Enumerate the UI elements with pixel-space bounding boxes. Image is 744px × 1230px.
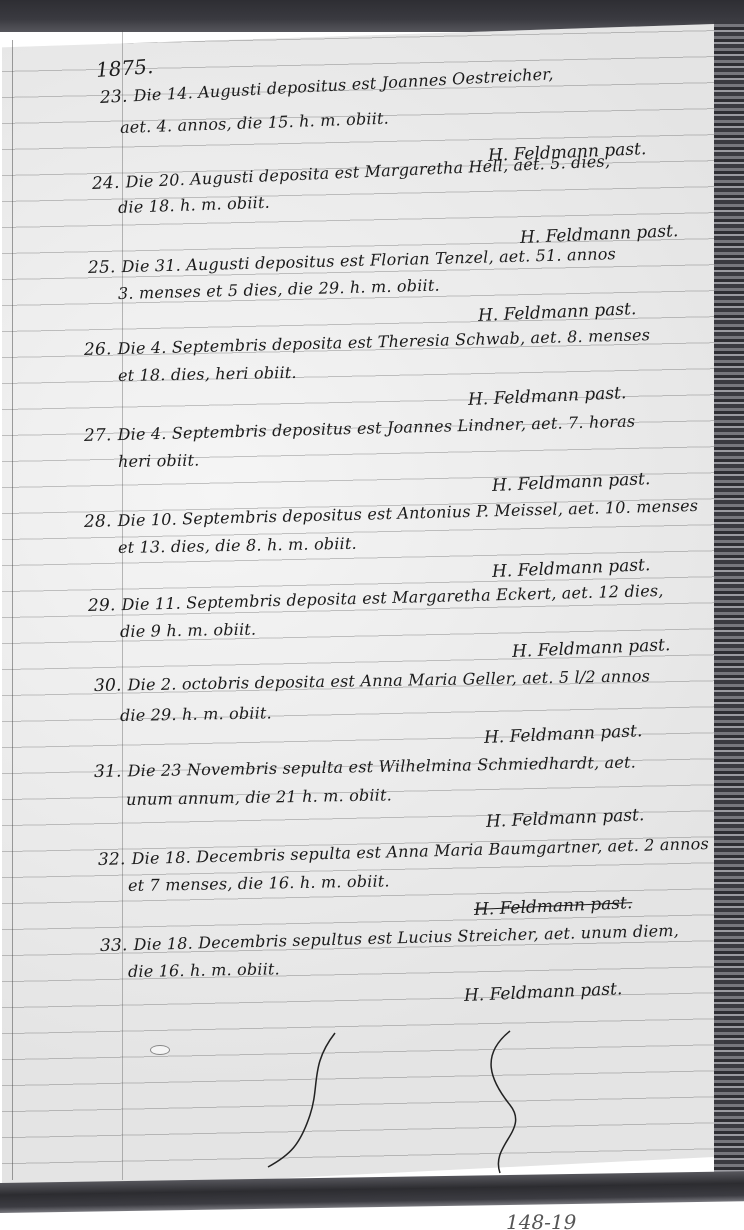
entry-number: 26. [84, 339, 112, 360]
entry-line-2: die 29. h. m. obiit. [120, 703, 272, 725]
closing-squiggle-right [470, 1025, 550, 1175]
entry-line-2: et 18. dies, heri obiit. [118, 363, 297, 385]
entry-line-2: die 9 h. m. obiit. [120, 620, 257, 641]
entry-number: 29. [88, 595, 116, 616]
entry-line-2: heri obiit. [118, 451, 200, 471]
entry-number: 27. [84, 425, 112, 446]
scan-border-right [714, 20, 744, 1200]
paper-blemish [150, 1045, 170, 1055]
entry-number: 32. [98, 849, 126, 870]
year-header: 1875. [95, 54, 154, 82]
entry-number: 30. [94, 676, 122, 696]
entry-number: 28. [84, 511, 112, 532]
page-number: 148-19 [506, 1210, 576, 1230]
entry-line-2: die 16. h. m. obiit. [128, 959, 280, 981]
entry-number: 31. [94, 762, 122, 782]
entry-number: 33. [100, 935, 128, 956]
closing-squiggle-left [250, 1025, 370, 1175]
entry-number: 24. [92, 173, 120, 194]
entry-number: 25. [88, 257, 116, 278]
entry-number: 23. [99, 87, 128, 108]
left-rule-line [12, 40, 13, 1180]
